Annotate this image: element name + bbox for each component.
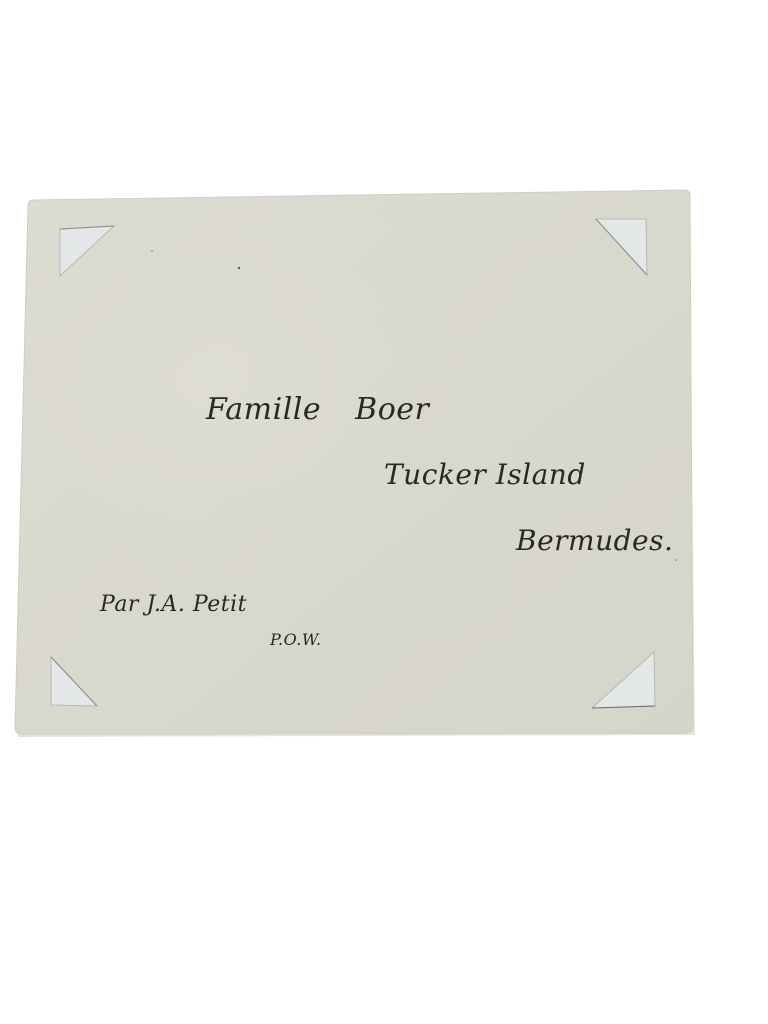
sender-line: Par J.A. Petit (100, 592, 247, 617)
address-country-line: Bermudes. (516, 524, 673, 557)
address-card: FamilleBoer Tucker Island Bermudes. Par … (0, 0, 768, 1024)
card-paper (0, 0, 768, 1024)
address-name-line: FamilleBoer (206, 392, 429, 427)
photo-stage: FamilleBoer Tucker Island Bermudes. Par … (0, 0, 768, 1024)
sender-designation: P.O.W. (270, 630, 322, 649)
address-place-line: Tucker Island (384, 458, 586, 491)
address-word-boer: Boer (355, 392, 429, 427)
address-word-famille: Famille (206, 392, 321, 427)
